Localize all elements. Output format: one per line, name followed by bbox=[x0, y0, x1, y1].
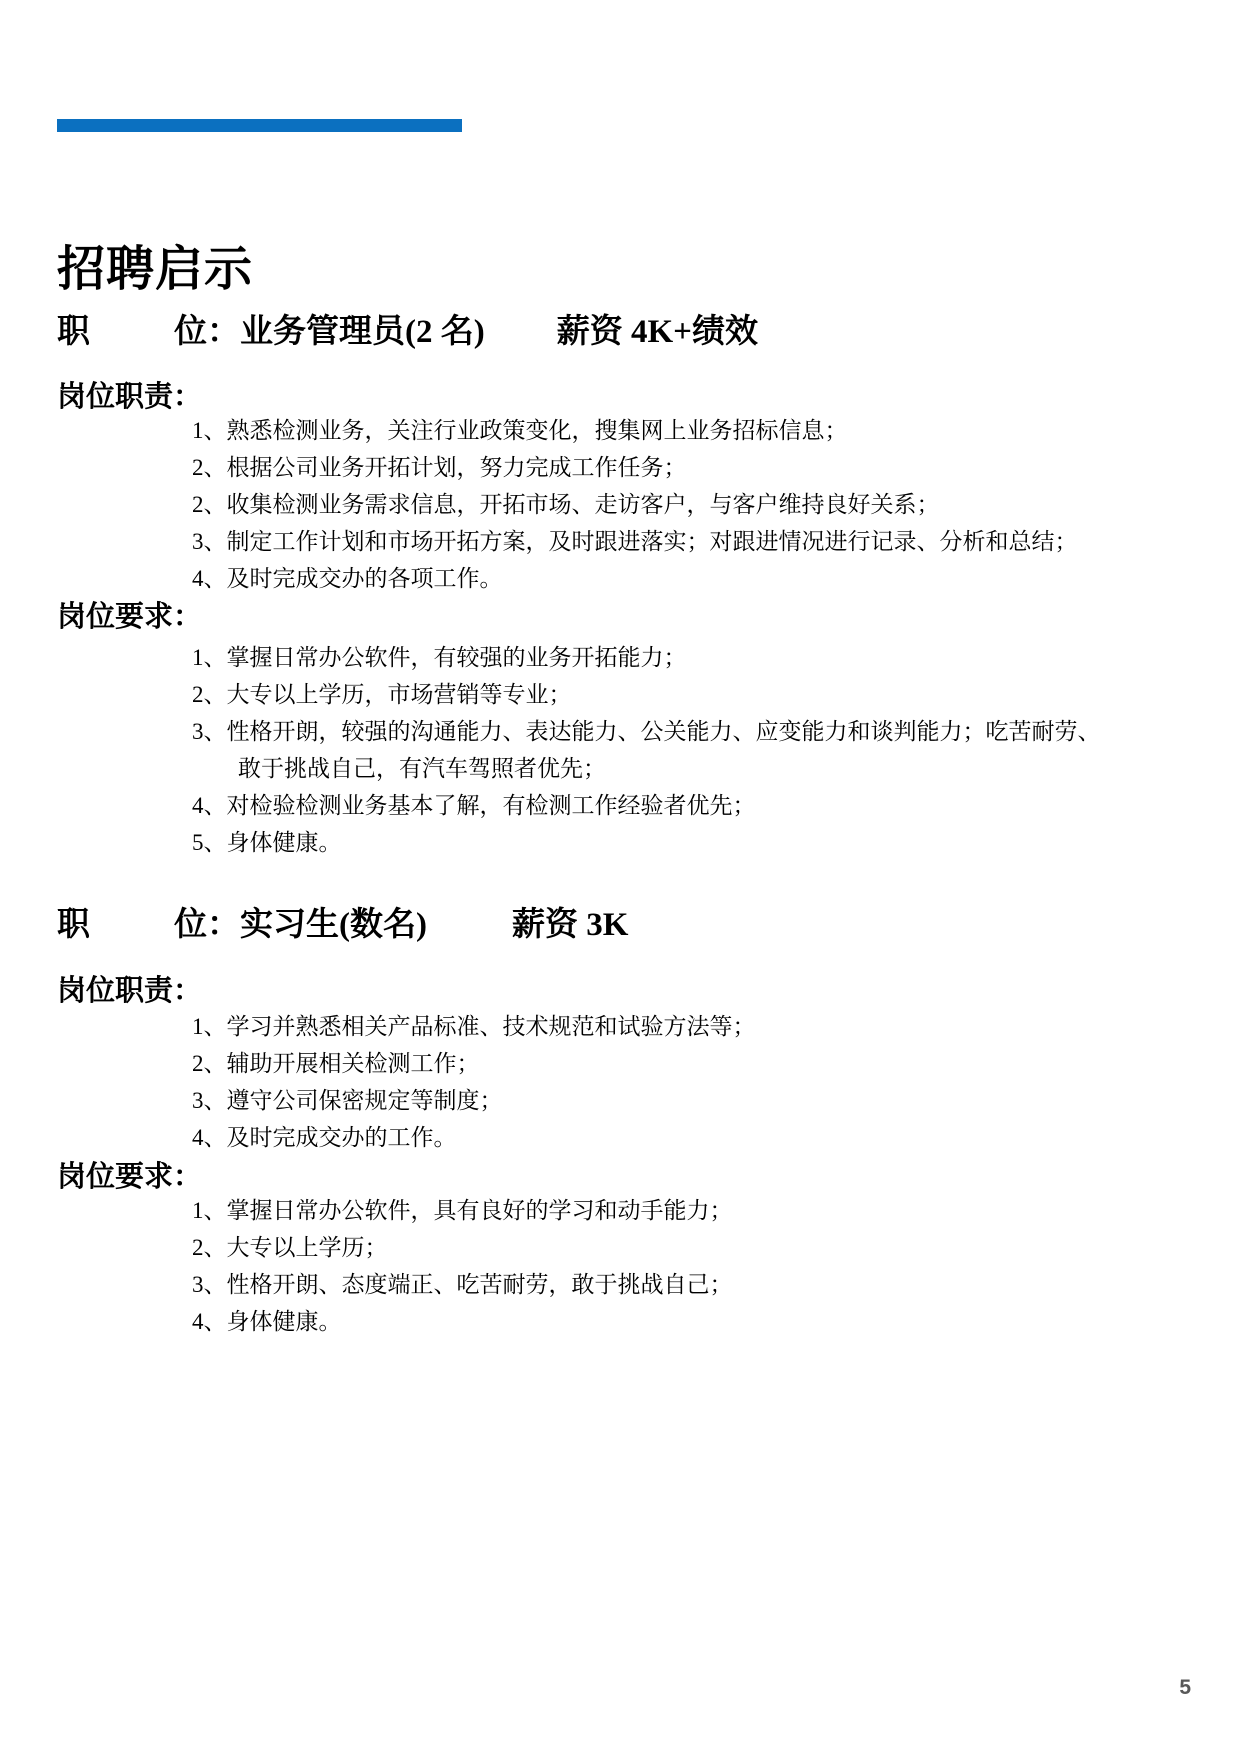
position-value: 位：实习生(数名) bbox=[174, 907, 427, 943]
job-heading-intern: 职位：实习生(数名)薪资 3K bbox=[57, 905, 628, 945]
duties-list: 1、学习并熟悉相关产品标准、技术规范和试验方法等； 2、辅助开展相关检测工作； … bbox=[192, 1008, 1112, 1156]
list-item: 3、性格开朗，较强的沟通能力、表达能力、公关能力、应变能力和谈判能力；吃苦耐劳、… bbox=[192, 713, 1112, 787]
salary-text: 薪资 4K+绩效 bbox=[557, 312, 758, 352]
list-item: 4、及时完成交办的工作。 bbox=[192, 1119, 1112, 1156]
duties-list: 1、熟悉检测业务，关注行业政策变化，搜集网上业务招标信息； 2、根据公司业务开拓… bbox=[192, 412, 1112, 597]
list-item: 4、对检验检测业务基本了解，有检测工作经验者优先； bbox=[192, 787, 1112, 824]
requirements-heading: 岗位要求： bbox=[57, 1157, 202, 1197]
list-item: 2、收集检测业务需求信息，开拓市场、走访客户，与客户维持良好关系； bbox=[192, 486, 1112, 523]
list-item: 5、身体健康。 bbox=[192, 824, 1112, 861]
requirements-heading: 岗位要求： bbox=[57, 597, 202, 637]
list-item: 2、辅助开展相关检测工作； bbox=[192, 1045, 1112, 1082]
requirements-list: 1、掌握日常办公软件，具有良好的学习和动手能力； 2、大专以上学历； 3、性格开… bbox=[192, 1192, 1112, 1340]
list-item: 3、性格开朗、态度端正、吃苦耐劳，敢于挑战自己； bbox=[192, 1266, 1112, 1303]
job-heading-business-manager: 职位：业务管理员(2 名)薪资 4K+绩效 bbox=[57, 312, 758, 352]
position-value: 位：业务管理员(2 名) bbox=[174, 314, 485, 350]
list-item: 2、大专以上学历，市场营销等专业； bbox=[192, 676, 1112, 713]
list-item: 3、遵守公司保密规定等制度； bbox=[192, 1082, 1112, 1119]
list-item: 2、根据公司业务开拓计划，努力完成工作任务； bbox=[192, 449, 1112, 486]
list-item: 4、身体健康。 bbox=[192, 1303, 1112, 1340]
position-label: 职 bbox=[57, 312, 90, 352]
list-item: 1、掌握日常办公软件，具有良好的学习和动手能力； bbox=[192, 1192, 1112, 1229]
salary-text: 薪资 3K bbox=[512, 905, 628, 945]
list-item: 1、掌握日常办公软件，有较强的业务开拓能力； bbox=[192, 639, 1112, 676]
duties-heading: 岗位职责： bbox=[57, 971, 202, 1011]
page-title: 招聘启示 bbox=[57, 242, 253, 298]
list-item: 4、及时完成交办的各项工作。 bbox=[192, 560, 1112, 597]
list-item: 1、学习并熟悉相关产品标准、技术规范和试验方法等； bbox=[192, 1008, 1112, 1045]
list-item: 3、制定工作计划和市场开拓方案，及时跟进落实；对跟进情况进行记录、分析和总结； bbox=[192, 523, 1112, 560]
requirements-list: 1、掌握日常办公软件，有较强的业务开拓能力； 2、大专以上学历，市场营销等专业；… bbox=[192, 639, 1112, 861]
page-number: 5 bbox=[1179, 1676, 1191, 1700]
list-item: 2、大专以上学历； bbox=[192, 1229, 1112, 1266]
position-label: 职 bbox=[57, 905, 90, 945]
list-item: 1、熟悉检测业务，关注行业政策变化，搜集网上业务招标信息； bbox=[192, 412, 1112, 449]
document-page: 招聘启示 职位：业务管理员(2 名)薪资 4K+绩效 岗位职责： 1、熟悉检测业… bbox=[0, 0, 1241, 1754]
accent-bar bbox=[57, 119, 462, 132]
duties-heading: 岗位职责： bbox=[57, 377, 202, 417]
